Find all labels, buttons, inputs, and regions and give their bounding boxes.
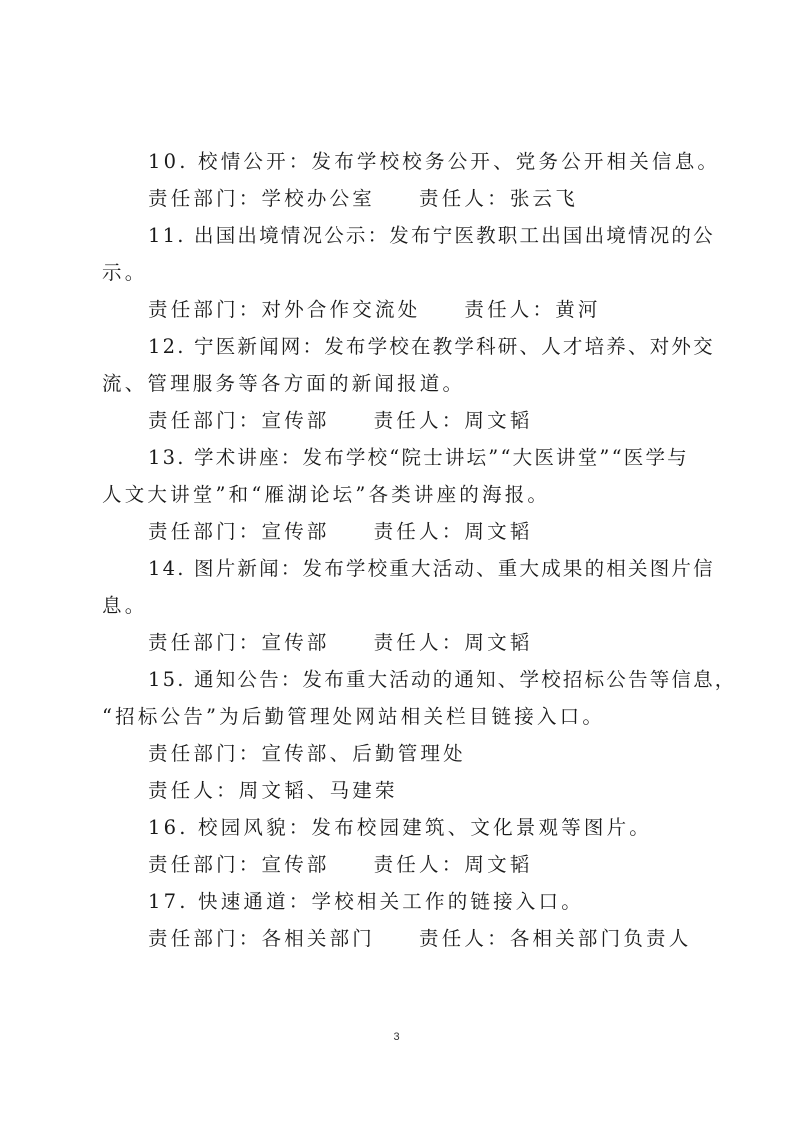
item-17: 17. 快速通道：学校相关工作的链接入口。 [102,883,698,920]
responsible-person: 责任人：周文韬 [374,853,533,876]
responsible-person: 责任人：周文韬 [374,520,533,543]
item-15-continuation: “招标公告”为后勤管理处网站相关栏目链接入口。 [102,698,698,735]
item-15: 15. 通知公告：发布重大活动的通知、学校招标公告等信息， [102,661,698,698]
responsibility-17: 责任部门：各相关部门责任人：各相关部门负责人 [102,920,698,957]
item-14-continuation: 息。 [102,587,698,624]
responsible-person: 责任人：周文韬 [374,409,533,432]
responsibility-11: 责任部门：对外合作交流处责任人：黄河 [102,291,698,328]
responsible-department: 责任部门：各相关部门 [148,927,375,950]
responsible-department: 责任部门：宣传部 [148,520,330,543]
responsible-department: 责任部门：宣传部 [148,853,330,876]
item-11: 11. 出国出境情况公示：发布宁医教职工出国出境情况的公 [102,217,698,254]
responsible-person: 责任人：张云飞 [419,187,578,210]
responsibility-12: 责任部门：宣传部责任人：周文韬 [102,402,698,439]
responsible-department: 责任部门：对外合作交流处 [148,298,420,321]
responsible-department: 责任部门：宣传部 [148,631,330,654]
item-10: 10. 校情公开：发布学校校务公开、党务公开相关信息。 [102,143,698,180]
document-body: 10. 校情公开：发布学校校务公开、党务公开相关信息。 责任部门：学校办公室责任… [102,143,698,957]
item-16: 16. 校园风貌：发布校园建筑、文化景观等图片。 [102,809,698,846]
item-12-continuation: 流、管理服务等各方面的新闻报道。 [102,365,698,402]
responsible-department: 责任部门：学校办公室 [148,187,375,210]
responsible-person: 责任人：黄河 [464,298,600,321]
item-13: 13. 学术讲座：发布学校“院士讲坛”“大医讲堂”“医学与 [102,439,698,476]
responsibility-10: 责任部门：学校办公室责任人：张云飞 [102,180,698,217]
item-12: 12. 宁医新闻网：发布学校在教学科研、人才培养、对外交 [102,328,698,365]
responsible-department-15: 责任部门：宣传部、后勤管理处 [102,735,698,772]
responsibility-13: 责任部门：宣传部责任人：周文韬 [102,513,698,550]
responsibility-14: 责任部门：宣传部责任人：周文韬 [102,624,698,661]
responsible-person: 责任人：各相关部门负责人 [419,927,691,950]
responsibility-16: 责任部门：宣传部责任人：周文韬 [102,846,698,883]
responsible-person: 责任人：周文韬 [374,631,533,654]
item-13-continuation: 人文大讲堂”和“雁湖论坛”各类讲座的海报。 [102,476,698,513]
responsible-person-15: 责任人：周文韬、马建荣 [102,772,698,809]
page-number: 3 [0,1031,793,1043]
item-14: 14. 图片新闻：发布学校重大活动、重大成果的相关图片信 [102,550,698,587]
responsible-department: 责任部门：宣传部 [148,409,330,432]
item-11-continuation: 示。 [102,254,698,291]
